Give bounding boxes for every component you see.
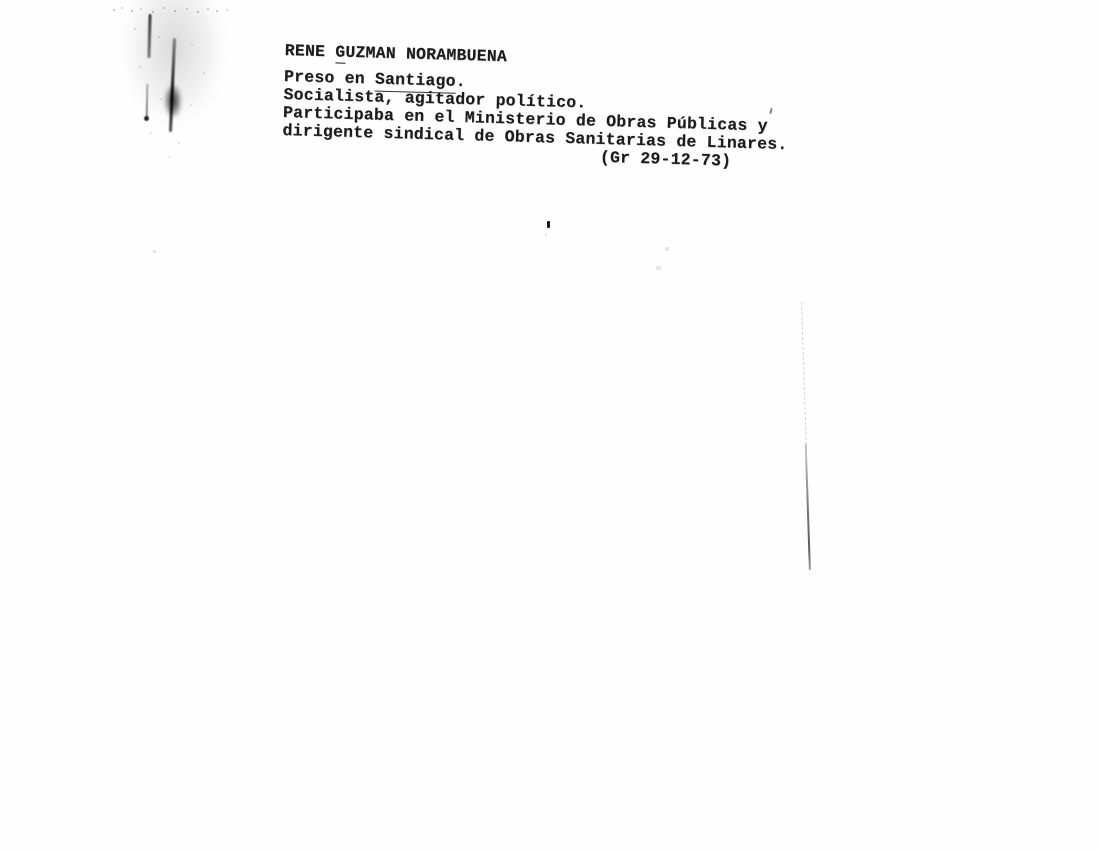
- scan-speck: [656, 266, 661, 270]
- crease-line-artifact: [797, 302, 814, 570]
- ink-dot: [144, 116, 149, 121]
- typewritten-text-block: RENE GUZMAN NORAMBUENA Preso en Santiago…: [282, 42, 790, 172]
- name-pre: RENE: [284, 41, 335, 61]
- crease-dark-lower: [805, 444, 811, 570]
- ink-blob: [165, 85, 181, 117]
- scan-speck: [547, 221, 550, 228]
- crease-faint-upper: [801, 302, 807, 450]
- name-post: UZMAN NORAMBUENA: [345, 43, 507, 67]
- name-underlined-initial: G: [335, 42, 346, 63]
- scanned-document-page: RENE GUZMAN NORAMBUENA Preso en Santiago…: [0, 0, 1100, 850]
- smudge-speckles-scatter: [0, 0, 2, 2]
- scan-speck: [665, 247, 669, 251]
- scan-speck: [545, 234, 547, 236]
- scan-speck: [153, 250, 156, 253]
- preso-post: .: [455, 72, 466, 91]
